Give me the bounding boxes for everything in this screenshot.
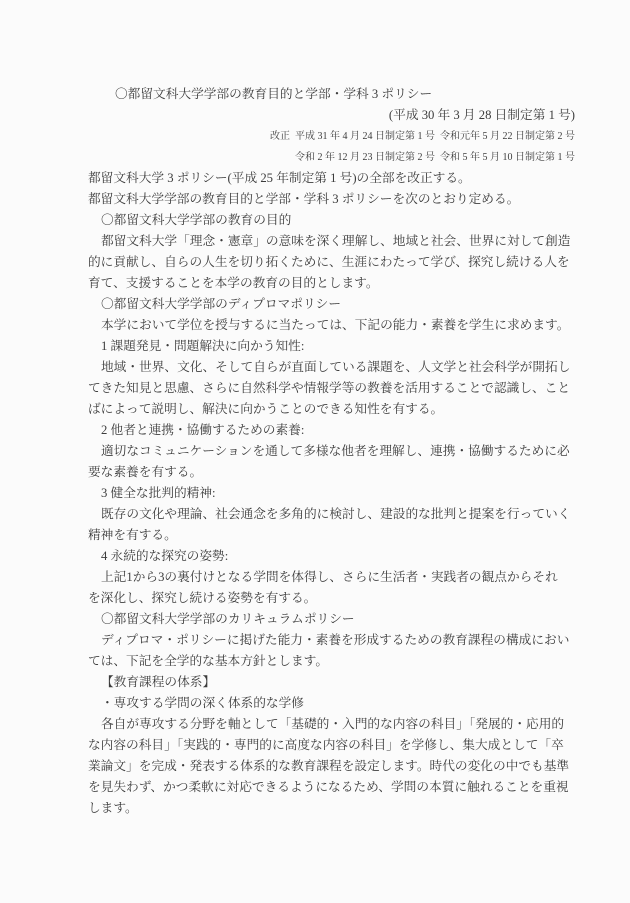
amendment-line: 改正 平成 31 年 4 月 24 日制定第 1 号 令和元年 5 月 22 日… bbox=[88, 126, 575, 147]
body-text-line: な内容の科目」「実践的・専門的に高度な内容の科目」を学修し、集大成として「卒 bbox=[88, 735, 575, 756]
body-text-line: 既存の文化や理論、社会通念を多角的に検討し、建設的な批判と提案を行っていく bbox=[88, 504, 575, 525]
body-text-line: 都留文科大学「理念・憲章」の意味を深く理解し、地域と社会、世界に対して創造 bbox=[88, 231, 575, 252]
body-text-line: 地域・世界、文化、そして自らが直面している課題を、人文学と社会科学が開拓し bbox=[88, 357, 575, 378]
enactment-date: (平成 30 年 3 月 28 日制定第 1 号) bbox=[88, 105, 575, 126]
body-text-line: を見失わず、かつ柔軟に対応できるようになるため、学問の本質に触れることを重視 bbox=[88, 777, 575, 798]
section-heading: 4 永続的な探究の姿勢: bbox=[88, 546, 575, 567]
body-text-line: ディプロマ・ポリシーに掲げた能力・素養を形成するための教育課程の構成におい bbox=[88, 630, 575, 651]
amendment-line: 令和 2 年 12 月 23 日制定第 2 号 令和 5 年 5 月 10 日制… bbox=[88, 147, 575, 168]
body-text-line: 都留文科大学 3 ポリシー(平成 25 年制定第 1 号)の全部を改正する。 bbox=[88, 168, 575, 189]
section-heading: 【教育課程の体系】 bbox=[88, 672, 575, 693]
body-text-line: 各自が専攻する分野を軸として「基礎的・入門的な内容の科目」「発展的・応用的 bbox=[88, 714, 575, 735]
body-text-line: 的に貢献し、自らの人生を切り拓くために、生涯にわたって学び、探究し続ける人を bbox=[88, 252, 575, 273]
section-heading: 〇都留文科大学学部のカリキュラムポリシー bbox=[88, 609, 575, 630]
section-heading: 1 課題発見・問題解決に向かう知性: bbox=[88, 336, 575, 357]
body-text-line: ばによって説明し、解決に向かうことのできる知性を有する。 bbox=[88, 399, 575, 420]
document-page: 〇都留文科大学学部の教育目的と学部・学科 3 ポリシー (平成 30 年 3 月… bbox=[0, 0, 630, 903]
amendment-dates: 改正 平成 31 年 4 月 24 日制定第 1 号 令和元年 5 月 22 日… bbox=[88, 126, 575, 168]
body-text-line: 上記1から3の裏付けとなる学問を体得し、さらに生活者・実践者の観点からそれ bbox=[88, 567, 575, 588]
body-text-line: ては、下記を全学的な基本方針とします。 bbox=[88, 651, 575, 672]
body-text-line: を深化し、探究し続ける姿勢を有する。 bbox=[88, 588, 575, 609]
body-text-line: てきた知見と思慮、さらに自然科学や情報学等の教養を活用することで認識し、こと bbox=[88, 378, 575, 399]
section-heading: 〇都留文科大学学部のディプロマポリシー bbox=[88, 294, 575, 315]
section-heading: 〇都留文科大学学部の教育の目的 bbox=[88, 210, 575, 231]
body-text-line: 業論文」を完成・発表する体系的な教育課程を設定します。時代の変化の中でも基準 bbox=[88, 756, 575, 777]
body-text-line: 精神を有する。 bbox=[88, 525, 575, 546]
body-text-line: 要な素養を有する。 bbox=[88, 462, 575, 483]
body-text-line: 育て、支援することを本学の教育の目的とします。 bbox=[88, 273, 575, 294]
document-title: 〇都留文科大学学部の教育目的と学部・学科 3 ポリシー bbox=[88, 84, 575, 105]
section-heading: 3 健全な批判的精神: bbox=[88, 483, 575, 504]
body-text-line: 都留文科大学学部の教育目的と学部・学科 3 ポリシーを次のとおり定める。 bbox=[88, 189, 575, 210]
bullet-item: ・専攻する学問の深く体系的な学修 bbox=[88, 693, 575, 714]
document-body: 都留文科大学 3 ポリシー(平成 25 年制定第 1 号)の全部を改正する。都留… bbox=[88, 168, 575, 819]
body-text-line: 本学において学位を授与するに当たっては、下記の能力・素養を学生に求めます。 bbox=[88, 315, 575, 336]
body-text-line: 適切なコミュニケーションを通して多様な他者を理解し、連携・協働するために必 bbox=[88, 441, 575, 462]
section-heading: 2 他者と連携・協働するための素養: bbox=[88, 420, 575, 441]
body-text-line: します。 bbox=[88, 798, 575, 819]
